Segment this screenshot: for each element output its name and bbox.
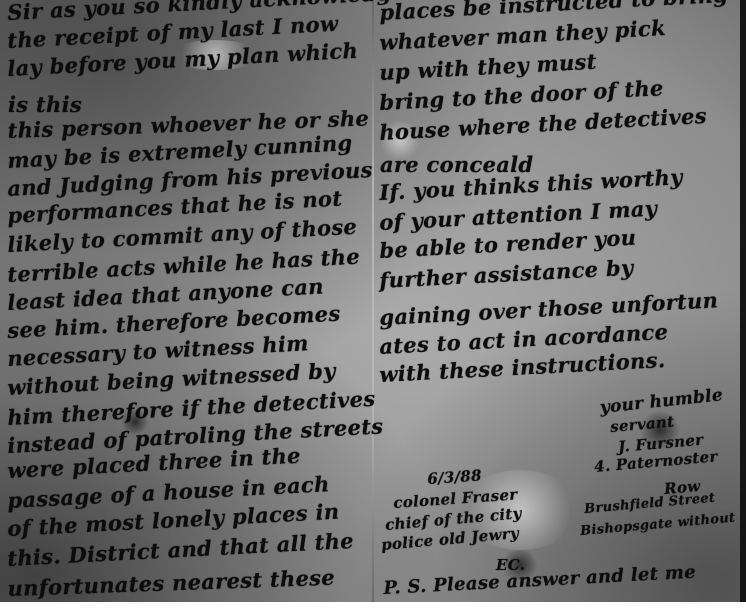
letter-page: Sir as you so kindly acknowledge the rec… xyxy=(0,0,746,602)
text-line: is this xyxy=(8,92,82,117)
text-line: unfortunates nearest these xyxy=(7,565,335,601)
address-line: 4. Paternoster xyxy=(593,447,718,476)
date: 6/3/88 xyxy=(427,466,483,488)
page-fold xyxy=(372,0,374,602)
scan-edge xyxy=(740,0,746,602)
